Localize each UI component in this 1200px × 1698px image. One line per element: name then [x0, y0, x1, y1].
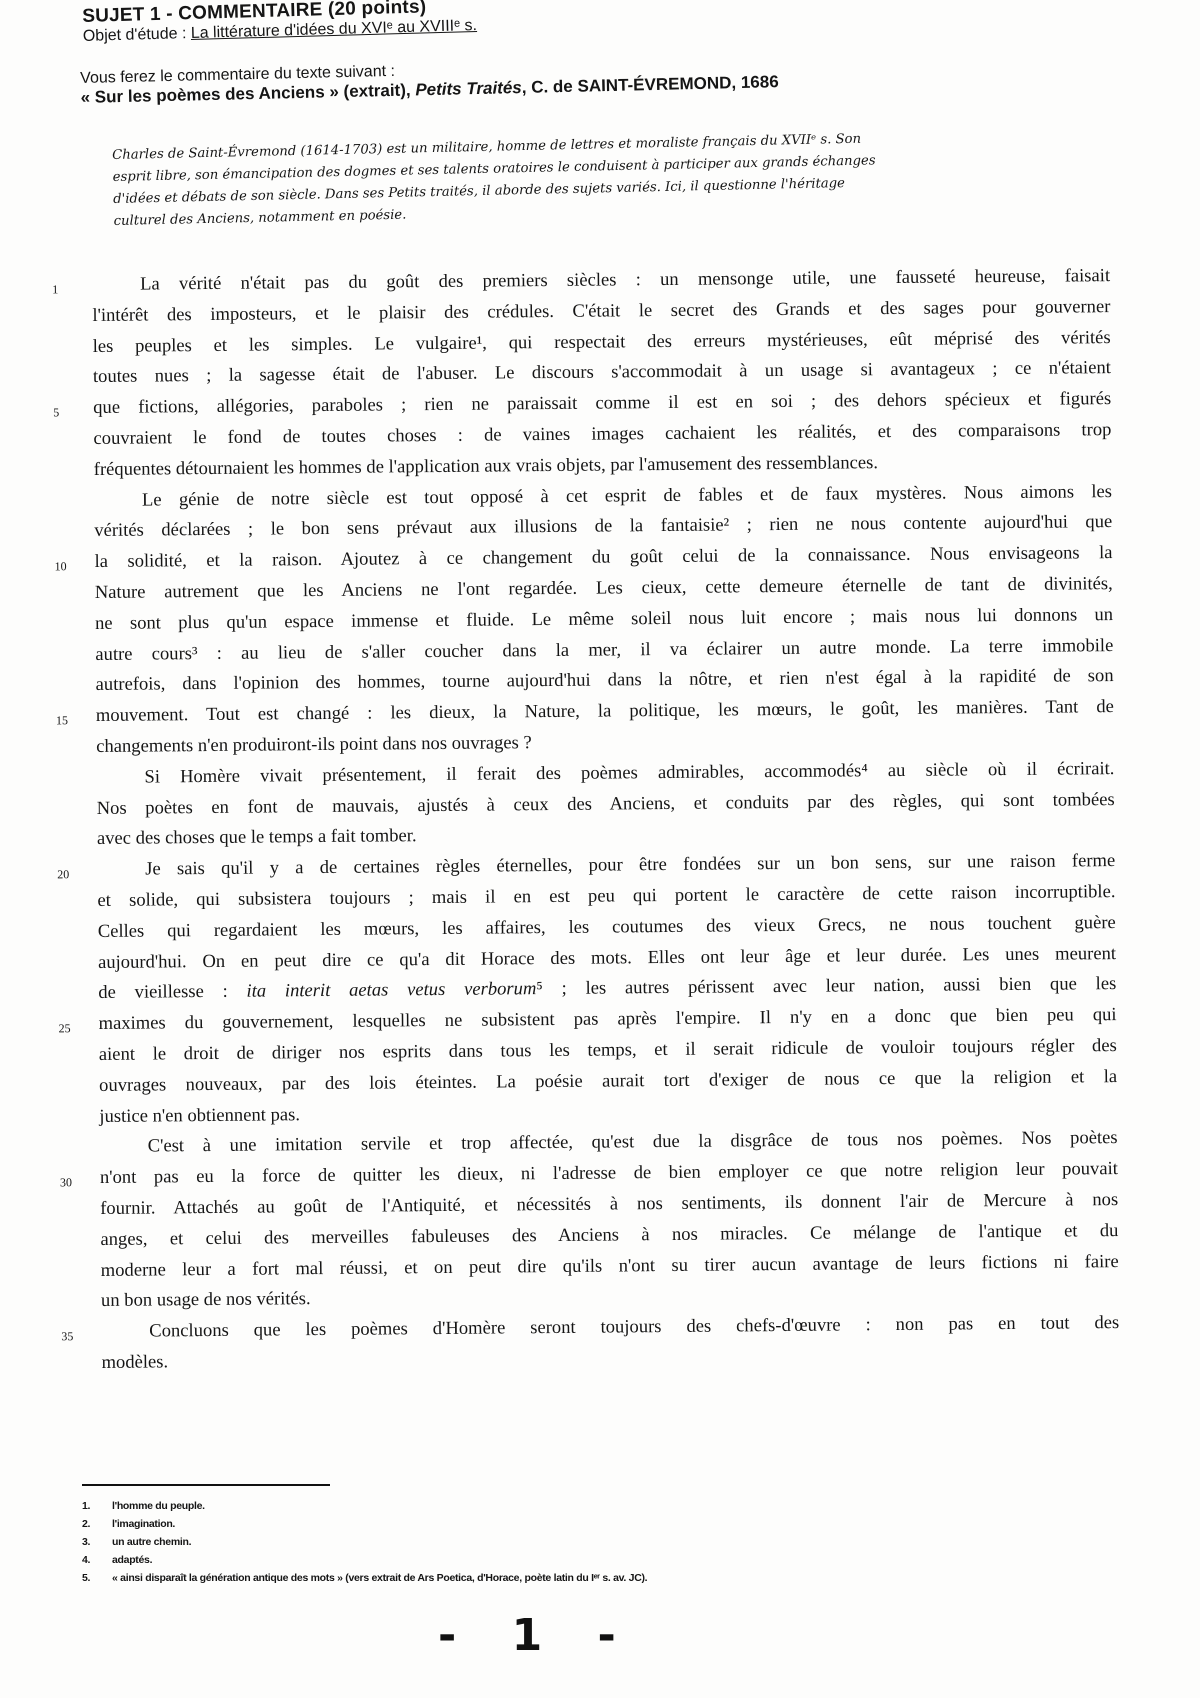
footnote: 3.un autre chemin. — [82, 1533, 982, 1551]
study-object-label: Objet d'étude : — [83, 25, 191, 45]
footnote: 4.adaptés. — [82, 1551, 982, 1569]
footnotes: 1.l'homme du peuple.2.l'imagination.3.un… — [82, 1497, 982, 1587]
line-number: 15 — [56, 705, 86, 736]
line-number: 20 — [57, 859, 87, 890]
exam-page: SUJET 1 - COMMENTAIRE (20 points) Objet … — [0, 0, 1200, 1698]
header: SUJET 1 - COMMENTAIRE (20 points) Objet … — [82, 0, 983, 46]
line-number: 30 — [60, 1167, 90, 1198]
footnote-divider — [82, 1484, 330, 1486]
line-number: 1 — [52, 274, 82, 305]
author-bio: Charles de Saint-Évremond (1614-1703) es… — [112, 123, 1104, 233]
line-number: 10 — [54, 551, 84, 582]
line-number: 25 — [58, 1013, 88, 1044]
footnote: 1.l'homme du peuple. — [82, 1497, 982, 1515]
main-text: 1La vérité n'était pas du goût des premi… — [92, 261, 1120, 1379]
line-number: 35 — [61, 1321, 91, 1352]
footnote: 5.« ainsi disparaît la génération antiqu… — [82, 1569, 982, 1587]
intro: Vous ferez le commentaire du texte suiva… — [80, 49, 1001, 108]
line-number: 5 — [53, 397, 83, 428]
footnote: 2.l'imagination. — [82, 1515, 982, 1533]
source-book: Petits Traités — [415, 78, 522, 99]
latin-quote: ita interit aetas vetus verborum — [246, 978, 536, 1002]
page-number: - 1 - — [438, 1610, 636, 1661]
